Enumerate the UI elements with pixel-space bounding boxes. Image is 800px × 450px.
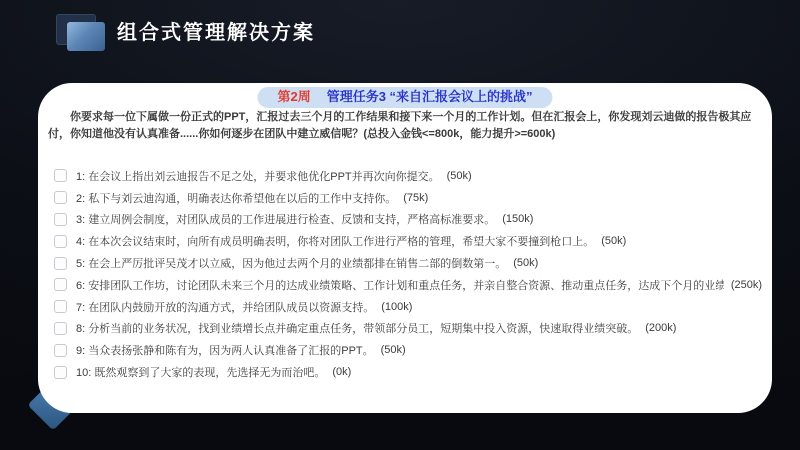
slide: 组合式管理解决方案 第2周管理任务3 “来自汇报会议上的挑战” 你要求每一位下属… xyxy=(0,0,800,450)
option-cost: (250k) xyxy=(731,279,762,291)
option-label: 2: 私下与刘云迪沟通，明确表达你希望他在以后的工作中支持你。 xyxy=(76,190,396,206)
option-checkbox[interactable] xyxy=(54,213,67,226)
option-cost: (100k) xyxy=(381,301,412,313)
option-label: 3: 建立周例会制度，对团队成员的工作进展进行检查、反馈和支持，严格高标准要求。 xyxy=(76,211,495,227)
option-label: 8: 分析当前的业务状况，找到业绩增长点并确定重点任务，带领部分员工，短期集中投… xyxy=(76,320,638,336)
option-cost: (50k) xyxy=(447,170,472,182)
option-checkbox[interactable] xyxy=(54,366,67,379)
option-label: 9: 当众表扬张静和陈有为，因为两人认真准备了汇报的PPT。 xyxy=(76,342,374,358)
option-cost: (50k) xyxy=(381,344,406,356)
option-cost: (150k) xyxy=(502,213,533,225)
option-cost: (75k) xyxy=(403,192,428,204)
option-checkbox[interactable] xyxy=(54,278,67,291)
option-row[interactable]: 3: 建立周例会制度，对团队成员的工作进展进行检查、反馈和支持，严格高标准要求。… xyxy=(54,209,762,231)
option-row[interactable]: 10: 既然观察到了大家的表现，先选择无为而治吧。 (0k) xyxy=(54,361,762,383)
option-checkbox[interactable] xyxy=(54,169,67,182)
option-checkbox[interactable] xyxy=(54,191,67,204)
option-row[interactable]: 9: 当众表扬张静和陈有为，因为两人认真准备了汇报的PPT。 (50k) xyxy=(54,339,762,361)
option-label: 4: 在本次会议结束时，向所有成员明确表明，你将对团队工作进行严格的管理，希望大… xyxy=(76,233,594,249)
option-cost: (0k) xyxy=(332,366,351,378)
option-checkbox[interactable] xyxy=(54,257,67,270)
option-row[interactable]: 8: 分析当前的业务状况，找到业绩增长点并确定重点任务，带领部分员工，短期集中投… xyxy=(54,318,762,340)
badge-task-title: 管理任务3 “来自汇报会议上的挑战” xyxy=(327,89,533,104)
option-row[interactable]: 1: 在会议上指出刘云迪报告不足之处，并要求他优化PPT并再次向你提交。 (50… xyxy=(54,165,762,187)
option-checkbox[interactable] xyxy=(54,235,67,248)
task-badge: 第2周管理任务3 “来自汇报会议上的挑战” xyxy=(257,87,552,108)
task-card: 第2周管理任务3 “来自汇报会议上的挑战” 你要求每一位下属做一份正式的PPT，… xyxy=(38,83,772,413)
options-list: 1: 在会议上指出刘云迪报告不足之处，并要求他优化PPT并再次向你提交。 (50… xyxy=(54,165,762,383)
option-row[interactable]: 5: 在会上严厉批评吴茂才以立威，因为他过去两个月的业绩都排在销售二部的倒数第一… xyxy=(54,252,762,274)
scenario-text: 你要求每一位下属做一份正式的PPT，汇报过去三个月的工作结果和接下来一个月的工作… xyxy=(48,109,760,143)
option-label: 10: 既然观察到了大家的表现，先选择无为而治吧。 xyxy=(76,364,325,380)
option-checkbox[interactable] xyxy=(54,300,67,313)
badge-week: 第2周 xyxy=(277,89,310,104)
option-checkbox[interactable] xyxy=(54,344,67,357)
option-checkbox[interactable] xyxy=(54,322,67,335)
option-label: 5: 在会上严厉批评吴茂才以立威，因为他过去两个月的业绩都排在销售二部的倒数第一… xyxy=(76,255,506,271)
option-label: 6: 安排团队工作坊，讨论团队未来三个月的达成业绩策略、工作计划和重点任务，并亲… xyxy=(76,277,724,293)
option-label: 1: 在会议上指出刘云迪报告不足之处，并要求他优化PPT并再次向你提交。 xyxy=(76,168,440,184)
slide-title: 组合式管理解决方案 xyxy=(117,13,315,53)
layered-squares-icon xyxy=(56,13,108,53)
option-cost: (200k) xyxy=(645,322,676,334)
icon-front-square xyxy=(67,22,105,51)
option-label: 7: 在团队内鼓励开放的沟通方式，并给团队成员以资源支持。 xyxy=(76,299,374,315)
option-cost: (50k) xyxy=(513,257,538,269)
slide-header: 组合式管理解决方案 xyxy=(56,13,315,53)
option-row[interactable]: 7: 在团队内鼓励开放的沟通方式，并给团队成员以资源支持。 (100k) xyxy=(54,296,762,318)
option-cost: (50k) xyxy=(601,235,626,247)
option-row[interactable]: 4: 在本次会议结束时，向所有成员明确表明，你将对团队工作进行严格的管理，希望大… xyxy=(54,230,762,252)
option-row[interactable]: 6: 安排团队工作坊，讨论团队未来三个月的达成业绩策略、工作计划和重点任务，并亲… xyxy=(54,274,762,296)
option-row[interactable]: 2: 私下与刘云迪沟通，明确表达你希望他在以后的工作中支持你。 (75k) xyxy=(54,187,762,209)
